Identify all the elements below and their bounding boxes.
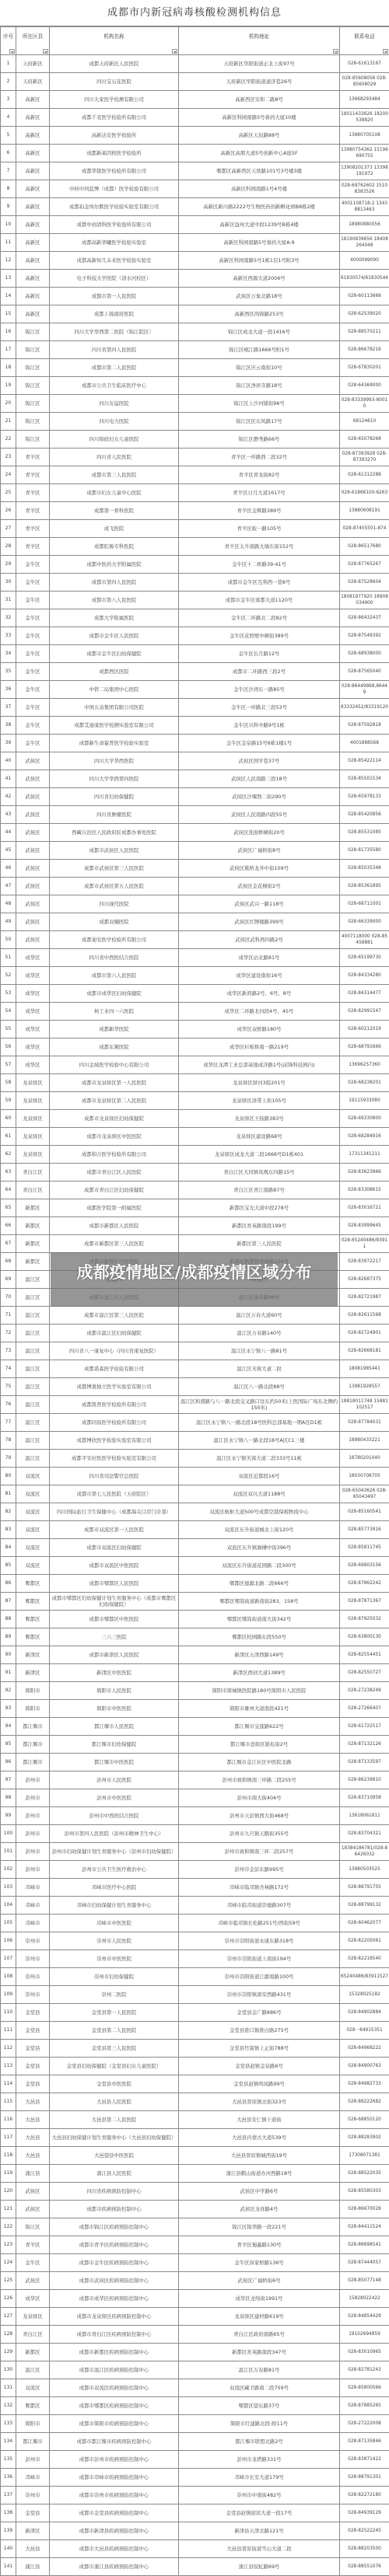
table-row: 97 彭州市 彭州市人民医院 彭州市致和镇南三环路二段255号 028-8623…	[1, 1771, 389, 1789]
table-row: 1 天府新区 成都天府新区人民医院 天府新区华阳街道正北上街97号 028-61…	[1, 55, 389, 73]
cell-address: 新津区五津西路149号	[179, 1646, 340, 1664]
cell-name: 成都市第七人民医院（天府院区）	[50, 1485, 179, 1503]
overlay-banner: 成都疫情地区/成都疫情区域分布	[51, 1252, 338, 1307]
cell-name: 成都中创清科医学检验所有限公司	[50, 216, 179, 234]
cell-phone: 028-85077148	[340, 2272, 389, 2290]
cell-name: 成都市新都区人民医院	[50, 1217, 179, 1235]
cell-address: 成华区杉板桥南一路219号	[179, 1038, 340, 1056]
cell-phone: 028-87393928 028-87393270	[340, 449, 389, 466]
cell-address: 锦江区上沙河铺街96号	[179, 395, 340, 413]
cell-district: 温江区	[16, 1396, 50, 1414]
table-row: 45 武侯区 成都市武侯区人民医院 武侯区广福桥街8号 028-81735580	[1, 842, 389, 860]
cell-no: 137	[1, 2487, 16, 2504]
cell-address: 武侯区万象北路18号	[179, 288, 340, 305]
cell-address: 武侯区武兴一路118号	[179, 895, 340, 913]
cell-address: 温江区永宁镇八一路北段18号医科总部基地一期A区D1栋	[179, 1414, 340, 1432]
cell-name: 高新达安医学检验所	[50, 127, 179, 145]
header-address-label: 机构地址	[249, 33, 269, 40]
cell-name: 成都平安好医医学检验实验室有限公司	[50, 1450, 179, 1468]
cell-no: 57	[1, 1056, 16, 1074]
cell-address: 锦江区成龙大道一段1416号	[179, 323, 340, 341]
cell-address: 崇州市崇阳街道江源南路100号	[179, 1968, 340, 1986]
table-row: 80 双流区 四川省司法警官总医院 双流区近都段16号 18030708705	[1, 1468, 389, 1485]
cell-district: 邛崃市	[16, 1879, 50, 1897]
cell-address: 崇州市崇阳街道永康东路318号	[179, 1932, 340, 1950]
cell-no: 23	[1, 449, 16, 466]
table-row: 124 金牛区 成都市金牛区疾病预防控制中心 金牛区侯家桥路136号 028-8…	[1, 2254, 389, 2272]
cell-phone: 028-82721987	[340, 1289, 389, 1307]
cell-phone: 13980503525	[340, 1861, 389, 1879]
cell-phone: 028-87765267	[340, 556, 389, 574]
cell-phone: 028-87528604	[340, 574, 389, 592]
cell-name: 四川省人民医院	[50, 449, 179, 466]
table-row: 64 青白江区 成都市青白江区妇幼保健院 青白江区青江南路87号 028-833…	[1, 1182, 389, 1199]
cell-no: 94	[1, 1718, 16, 1736]
cell-name: 成都市金堂县疾病预防控制中心	[50, 2504, 179, 2522]
cell-name: 成都市金牛区疾病预防控制中心	[50, 2254, 179, 2272]
cell-address: 武侯区广福桥街8号	[179, 842, 340, 860]
cell-district: 锦江区	[16, 431, 50, 449]
cell-name: 四川大学华西第四医院	[50, 770, 179, 788]
cell-address: 成都市金牛区互利西一巷8号	[179, 574, 340, 592]
cell-no: 41	[1, 770, 16, 788]
cell-district: 龙泉驿区	[16, 1146, 50, 1164]
cell-name: 成都市蒲江县疾病预防控制中心	[50, 2558, 179, 2576]
table-row: 6 高新区 成都新基因格医学检验所 高新区高朋大道5号创新中心A座5F 1398…	[1, 145, 389, 162]
cell-phone: 028-85035348	[340, 860, 389, 878]
cell-name: 彭州市第四人民医院（彭州市精神卫生中心）	[50, 1825, 179, 1843]
table-row: 134 都江堰市 成都市都江堰市疾病预防控制中心 都江堰市联盟北路2号 028-…	[1, 2433, 389, 2451]
cell-phone: 028-88551076	[340, 2558, 389, 2576]
cell-phone: 028-82668181	[340, 1342, 389, 1360]
cell-district: 彭州市	[16, 1807, 50, 1825]
cell-name: 成都市金牛区人民医院	[50, 627, 179, 645]
cell-address: 温江区万春大道60号	[179, 1307, 340, 1325]
cell-phone: 028-85580303	[340, 2183, 389, 2201]
cell-name: 邛崃市中医医院	[50, 1915, 179, 1932]
cell-phone: 028-84314477	[340, 985, 389, 1003]
cell-name: 成都市双流区第一人民医院	[50, 1521, 179, 1539]
cell-district: 彭州市	[16, 2451, 50, 2469]
cell-name: 成都医学院第一附属医院	[50, 1199, 179, 1217]
cell-address: 青白江区青江南路87号	[179, 1182, 340, 1199]
cell-district: 锦江区	[16, 359, 50, 377]
cell-phone: 028-60113668	[340, 288, 389, 305]
table-row: 99 彭州市 彭州市中西医结合医院 彭州市天彭镇西大街468号 13618061…	[1, 1807, 389, 1825]
table-row: 88 郫都区 成都市郫都区中医医院 郫都区郫筒街道南大街342号 028-879…	[1, 1611, 389, 1628]
cell-address: 青羊区太升南路大墙东街152号	[179, 538, 340, 556]
cell-no: 24	[1, 466, 16, 484]
cell-no: 5	[1, 127, 16, 145]
cell-phone: 18030708705	[340, 1468, 389, 1485]
cell-phone: 13668293484	[340, 91, 389, 109]
cell-name: 成都肛肠专科医院	[50, 538, 179, 556]
cell-name: 成都珀金埃尔默医学检验实验室有限公司	[50, 198, 179, 216]
cell-address: 郫都区德源北路二段666号	[179, 1575, 340, 1593]
cell-district: 龙泉驿区	[16, 2308, 50, 2326]
table-row: 101 彭州市 彭州市妇幼保健计划生育服务中心（彭州市妇幼保健院） 彭州市致和镇…	[1, 1843, 389, 1861]
cell-district: 高新区	[16, 252, 50, 270]
cell-address: 武侯区武科西四路2号	[179, 931, 340, 949]
cell-address: 金牛区金泉路15号6栋1楼1号	[179, 735, 340, 752]
table-row: 117 大邑县 大邑县妇幼保健计划生育服务中心（大邑县妇幼保健院） 大邑县内蒙古…	[1, 2129, 389, 2147]
cell-no: 135	[1, 2451, 16, 2469]
cell-district: 邛崃市	[16, 1915, 50, 1932]
cell-address: 温江区芙蓉大道二段	[179, 1360, 340, 1378]
table-row: 28 青羊区 成都肛肠专科医院 青羊区太升南路大墙东街152号 028-8651…	[1, 538, 389, 556]
cell-district: 崇州市	[16, 1950, 50, 1968]
cell-no: 60	[1, 1110, 16, 1128]
cell-no: 3	[1, 91, 16, 109]
cell-name: 成都市大邑县疾病预防控制中心	[50, 2540, 179, 2558]
cell-phone: 028-88791755	[340, 1879, 389, 1897]
cell-district: 大邑县	[16, 2129, 50, 2147]
cell-address: 郫都区郫筒街道新南街283、158号	[179, 1593, 340, 1611]
cell-district: 锦江区	[16, 395, 50, 413]
cell-address: 双流区航枢大道500号成都空港保税物流中心	[179, 1503, 340, 1521]
table-row: 91 新津区 新津区中医医院 新津区西创大道1389号 028-82550727	[1, 1664, 389, 1682]
cell-no: 25	[1, 484, 16, 502]
cell-address: 简阳市雄州大道南段421号	[179, 1700, 340, 1718]
table-row: 109 崇州市 崇州二医院 崇州市崇阳镇唐安西路431号 15328025182	[1, 1986, 389, 2004]
cell-district: 武侯区	[16, 2272, 50, 2290]
cell-district: 崇州市	[16, 1968, 50, 1986]
cell-no: 77	[1, 1414, 16, 1432]
cell-name: 中国五冶集团有限公司医院	[50, 699, 179, 717]
cell-phone: 15328025182	[340, 1986, 389, 2004]
cell-name: 彭州市妇幼保健计划生育服务中心（彭州市妇幼保健院）	[50, 1843, 179, 1861]
cell-address: 郫都区望东路37号	[179, 2397, 340, 2415]
cell-name: 四川省肿瘤医院	[50, 806, 179, 824]
cell-no: 128	[1, 2326, 16, 2344]
cell-phone: 028-65199730	[340, 949, 389, 967]
cell-address: 金堂县金广路886号	[179, 2004, 340, 2022]
cell-district: 青羊区	[16, 466, 50, 484]
cell-name: 金堂县妇幼保健院（金堂县妇女儿童医院）	[50, 2058, 179, 2075]
cell-district: 武侯区	[16, 931, 50, 949]
cell-district: 彭州市	[16, 1861, 50, 1879]
cell-name: 成都市成华区妇幼保健院	[50, 985, 179, 1003]
cell-no: 20	[1, 395, 16, 413]
table-row: 128 青白江区 成都市青白江区疾病预防控制中心 青白江区政府南路65号 191…	[1, 2326, 389, 2344]
cell-district: 武侯区	[16, 913, 50, 931]
cell-district: 武侯区	[16, 2201, 50, 2218]
table-row: 53 成华区 成都市成华区妇幼保健院 成华区新鸿路2号、6号、8号 028-84…	[1, 985, 389, 1003]
cell-district: 温江区	[16, 1289, 50, 1307]
cell-district: 温江区	[16, 1414, 50, 1432]
table-row: 119 蒲江县 蒲江县人民医院 蒲江县鹤山街道办河西路18号 028-88522…	[1, 2165, 389, 2183]
table-row: 71 温江区 成都市温江区第三人民医院 温江区万春大道60号 028-82611…	[1, 1307, 389, 1325]
table-row: 62 龙泉驿区 成都和合医学检验所有限公司 龙泉驿区成龙大道二段1666号D1栋…	[1, 1146, 389, 1164]
cell-district: 新都区	[16, 2344, 50, 2361]
cell-district: 锦江区	[16, 323, 50, 341]
cell-no: 116	[1, 2111, 16, 2129]
cell-name: 成都和合医学检验所有限公司	[50, 1146, 179, 1164]
cell-address: 武侯区中学路6号	[179, 2183, 340, 2201]
cell-phone: 028-86239810	[340, 1771, 389, 1789]
cell-phone: 028-82611568	[340, 1307, 389, 1325]
cell-no: 90	[1, 1646, 16, 1664]
cell-district: 金牛区	[16, 681, 50, 699]
cell-phone: 13980754362 15196690755	[340, 145, 389, 162]
cell-name: 成都市崇州市疾病预防控制中心	[50, 2487, 179, 2504]
cell-district: 新都区	[16, 1235, 50, 1253]
cell-district: 武侯区	[16, 788, 50, 806]
cell-phone: 4001888568	[340, 735, 389, 752]
cell-name: 成都华银医学检验所有限公司	[50, 162, 179, 180]
cell-name: 成都市都江堰市疾病预防控制中心	[50, 2433, 179, 2451]
cell-no: 95	[1, 1736, 16, 1754]
cell-address: 高新西区尚锦路253号	[179, 305, 340, 323]
cell-name: 邛崃市医疗中心医院	[50, 1879, 179, 1897]
cell-district: 邛崃市	[16, 2469, 50, 2487]
cell-no: 50	[1, 931, 16, 949]
cell-district: 彭州市	[16, 1843, 50, 1861]
cell-name: 成都市第四人民医院	[50, 574, 179, 592]
table-row: 34 金牛区 成都市金牛区妇幼保健院 金牛区长月路12号 028-6893800…	[1, 645, 389, 663]
table-row: 37 金牛区 中国五冶集团有限公司医院 金牛区一环路北三段53号 8333245…	[1, 699, 389, 717]
cell-district: 双流区	[16, 1557, 50, 1575]
cell-phone: 18980433221	[340, 1432, 389, 1450]
cell-district: 郫都区	[16, 1611, 50, 1628]
cell-address: 高新区科园南路5号1栋1层1号附3号	[179, 252, 340, 270]
cell-no: 10	[1, 216, 16, 234]
table-row: 65 新都区 成都医学院第一附属医院 新都区宝光大道中段278号 028-830…	[1, 1199, 389, 1217]
cell-district: 青白江区	[16, 1164, 50, 1182]
cell-address: 龙泉驿区驿河3组201号	[179, 1074, 340, 1092]
table-row: 24 青羊区 成都市第三人民医院 青羊区青龙街82号 028-61312288	[1, 466, 389, 484]
cell-phone: 18384186781/028-86426032	[340, 1843, 389, 1861]
cell-phone: 028-86517680	[340, 538, 389, 556]
cell-no: 46	[1, 860, 16, 878]
cell-no: 9	[1, 198, 16, 216]
cell-phone: 028-87871367	[340, 1593, 389, 1611]
cell-district: 成华区	[16, 967, 50, 985]
cell-phone: 028-82724901	[340, 1325, 389, 1342]
table-row: 74 温江区 成都诺森医学检验有限公司 温江区芙蓉大道二段 1808198544…	[1, 1360, 389, 1378]
cell-name: 电子科技大学医院（清水河校区）	[50, 270, 179, 288]
cell-name: 成都迪安医学检验所有限公司	[50, 931, 179, 949]
cell-district: 双流区	[16, 1539, 50, 1557]
cell-district: 高新区	[16, 288, 50, 305]
cell-name: 成都东篱医院	[50, 1038, 179, 1056]
filter-dropdown-icon[interactable]	[333, 49, 338, 54]
cell-address: 金堂县赵镇鸣凤路99号	[179, 2075, 340, 2093]
filter-dropdown-icon[interactable]	[383, 49, 388, 54]
cell-no: 82	[1, 1503, 16, 1521]
cell-no: 131	[1, 2379, 16, 2397]
cell-address: 龙泉驿区建材路619号	[179, 2308, 340, 2326]
cell-address: 简阳市简城镇医院路180号简阳市人民医院	[179, 1682, 340, 1700]
cell-address: 锦江区庆云南街10号	[179, 359, 340, 377]
cell-phone: 028-85420856	[340, 806, 389, 824]
cell-address: 青羊区青龙街82号	[179, 466, 340, 484]
cell-address: 新都区宝光大道中段278号	[179, 1199, 340, 1217]
cell-no: 30	[1, 574, 16, 592]
filter-dropdown-icon[interactable]	[172, 49, 177, 54]
cell-phone: 028-69330800	[340, 1110, 389, 1128]
cell-address: 龙泉驿区王扬路383号	[179, 1110, 340, 1128]
table-row: 103 邛崃市 邛崃市医疗中心医院 邛崃市临邛镇杏林路172号 028-8879…	[1, 1879, 389, 1897]
table-row: 120 武侯区 四川省疾病预防控制中心 武侯区中学路6号 028-8558030…	[1, 2183, 389, 2201]
filter-dropdown-icon[interactable]	[9, 49, 15, 54]
cell-name: 成都市金牛区妇幼保健院	[50, 645, 179, 663]
cell-name: 四川省八一康复中心（四川省康复医院）	[50, 1342, 179, 1360]
cell-address: 彭州市致和镇南三环二段257号	[179, 1843, 340, 1861]
cell-district: 新津区	[16, 2522, 50, 2540]
cell-district: 蒲江县	[16, 2165, 50, 2183]
cell-no: 7	[1, 162, 16, 180]
cell-district: 金堂县	[16, 2022, 50, 2040]
table-row: 48 武侯区 四川现代医院 武侯区武兴一路118号 028-68711001	[1, 895, 389, 913]
cell-no: 67	[1, 1235, 16, 1253]
table-row: 59 龙泉驿区 成都市龙泉驿区第二人民医院 龙泉驿区洛带上街105号 19115…	[1, 1092, 389, 1110]
table-row: 135 彭州市 成都市彭州市疾病预防控制中心 彭州市龙塔路331号 028-83…	[1, 2451, 389, 2469]
cell-no: 36	[1, 681, 16, 699]
cell-district: 都江堰市	[16, 1718, 50, 1736]
cell-no: 96	[1, 1754, 16, 1771]
cell-no: 32	[1, 609, 16, 627]
cell-district: 成华区	[16, 1038, 50, 1056]
cell-district: 简阳市	[16, 1682, 50, 1700]
cell-address: 邛崃市长安大道179号	[179, 2469, 340, 2487]
cell-no: 100	[1, 1825, 16, 1843]
table-row: 98 彭州市 彭州市中医医院 彭州市南大街404号 028-83710958	[1, 1789, 389, 1807]
cell-district: 崇州市	[16, 1932, 50, 1950]
cell-no: 108	[1, 1968, 16, 1986]
cell-no: 37	[1, 699, 16, 717]
cell-address: 武侯区国学巷37号	[179, 752, 340, 770]
cell-no: 89	[1, 1628, 16, 1646]
cell-phone: 18081985441	[340, 1360, 389, 1378]
cell-name: 崇州市中医医院	[50, 1950, 179, 1968]
table-row: 93 简阳市 简阳市中医医院 简阳市雄州大道南段421号 028-2726640…	[1, 1700, 389, 1718]
cell-phone: 028-27238249	[340, 1682, 389, 1700]
cell-district: 新都区	[16, 1199, 50, 1217]
cell-district: 天府新区	[16, 55, 50, 73]
cell-no: 27	[1, 520, 16, 538]
cell-address: 彭州市南大街404号	[179, 1789, 340, 1807]
cell-district: 郫都区	[16, 1575, 50, 1593]
cell-no: 109	[1, 1986, 16, 2004]
cell-address: 都江堰市宝莲路622号	[179, 1718, 340, 1736]
filter-dropdown-icon[interactable]	[43, 49, 48, 54]
cell-phone: 028-69762602 15108383526	[340, 180, 389, 198]
cell-district: 金堂县	[16, 2504, 50, 2522]
table-row: 127 龙泉驿区 成都市龙泉驿区疾病预防控制中心 龙泉驿区建材路619号 028…	[1, 2308, 389, 2326]
cell-name: 成都市龙泉驿区妇幼保健院	[50, 1110, 179, 1128]
cell-address: 新都区育英路南段347号	[179, 2344, 340, 2361]
cell-address: 双流区东升街道花园路二段300号	[179, 1557, 340, 1575]
cell-phone: 18190839656 18408264048	[340, 234, 389, 252]
cell-district: 武侯区	[16, 752, 50, 770]
cell-address: 双流区近都段16号	[179, 1468, 340, 1485]
table-row: 130 温江区 成都市温江区疾病预防控制中心 温江区万春路81号 028-827…	[1, 2361, 389, 2379]
cell-district: 双流区	[16, 1468, 50, 1485]
cell-phone: 028-82991547	[340, 1003, 389, 1021]
cell-phone: 4000099090	[340, 252, 389, 270]
cell-no: 1	[1, 55, 16, 73]
cell-district: 彭州市	[16, 1771, 50, 1789]
cell-no: 74	[1, 1360, 16, 1378]
cell-phone: 028-82550727	[340, 1664, 389, 1682]
cell-district: 彭州市	[16, 1789, 50, 1807]
cell-phone: 028-88522035	[340, 2165, 389, 2183]
cell-no: 22	[1, 431, 16, 449]
cell-phone: 028-88570211	[340, 323, 389, 341]
cell-phone: 028-65240486/83911	[340, 1235, 389, 1253]
cell-name: 成都上锦南府医院	[50, 305, 179, 323]
table-row: 27 青羊区 成飞医院 青羊区蛟一路105号 028-87455501-874	[1, 520, 389, 538]
cell-district: 温江区	[16, 1378, 50, 1396]
cell-no: 61	[1, 1128, 16, 1146]
cell-address: 金牛区二环路北二段82号	[179, 609, 340, 627]
cell-district: 蒲江县	[16, 2558, 50, 2576]
cell-district: 高新区	[16, 216, 50, 234]
table-body: 1 天府新区 成都天府新区人民医院 天府新区华阳街道正北上街97号 028-61…	[1, 55, 389, 2576]
cell-phone: 028-83339993-80010	[340, 395, 389, 413]
cell-name: 都江堰市妇幼保健院	[50, 1736, 179, 1754]
cell-address: 彭州市天彭镇西大街468号	[179, 1807, 340, 1825]
cell-no: 72	[1, 1325, 16, 1342]
cell-phone: 028-61722517	[340, 1718, 389, 1736]
table-row: 18 锦江区 成都市第二人民医院 锦江区庆云南街10号 028-67830201	[1, 359, 389, 377]
cell-name: 四川大学华西第二医院（锦江院区）	[50, 323, 179, 341]
cell-phone: 028-84902884	[340, 2004, 389, 2022]
cell-district: 温江区	[16, 1307, 50, 1325]
cell-district: 成华区	[16, 1056, 50, 1074]
table-row: 60 龙泉驿区 成都市龙泉驿区妇幼保健院 龙泉驿区王扬路383号 028-693…	[1, 1110, 389, 1128]
cell-phone: 028-27222008	[340, 2415, 389, 2433]
cell-name: 成都市简阳市疾病预防控制中心	[50, 2415, 179, 2433]
cell-phone: 028-85501534	[340, 770, 389, 788]
cell-phone: 028-61866100-6263	[340, 484, 389, 502]
cell-no: 103	[1, 1879, 16, 1897]
cell-phone: 028-68791666	[340, 1038, 389, 1056]
cell-no: 104	[1, 1897, 16, 1915]
cell-no: 129	[1, 2344, 16, 2361]
cell-address: 都江堰市联盟北路2号	[179, 2433, 340, 2451]
table-row: 46 武侯区 成都市武侯区第三人民医院 武侯区簇桥龙井中街109号 028-85…	[1, 860, 389, 878]
cell-district: 大邑县	[16, 2147, 50, 2165]
cell-no: 47	[1, 878, 16, 895]
cell-district: 高新区	[16, 180, 50, 198]
cell-phone: 028-65078268	[340, 431, 389, 449]
cell-district: 青羊区	[16, 520, 50, 538]
table-row: 107 崇州市 崇州市中医医院 崇州市崇阳街道上南街194号 028-82218…	[1, 1950, 389, 1968]
cell-address: 温江区永宁镇八一路北段18号A区C1三楼	[179, 1432, 340, 1450]
cell-district: 锦江区	[16, 341, 50, 359]
cell-no: 70	[1, 1289, 16, 1307]
cell-district: 青羊区	[16, 502, 50, 520]
cell-phone: 028-82522245	[340, 2522, 389, 2540]
cell-district: 金堂县	[16, 2040, 50, 2058]
cell-address: 锦江区静秀路66号	[179, 431, 340, 449]
cell-district: 温江区	[16, 1450, 50, 1468]
cell-name: 大邑县第二人民医院	[50, 2111, 179, 2129]
cell-no: 6	[1, 145, 16, 162]
cell-no: 97	[1, 1771, 16, 1789]
cell-phone: 028-88203500	[340, 2540, 389, 2558]
cell-no: 83	[1, 1521, 16, 1539]
table-row: 13 高新区 电子科技大学医院（清水河校区） 高新区西源大道2006号 6183…	[1, 270, 389, 288]
cell-address: 金堂县赵镇金泉路6号	[179, 2058, 340, 2075]
cell-name: 大邑望县中医医院	[50, 2147, 179, 2165]
cell-phone: 028-83972217	[340, 1253, 389, 1271]
cell-phone: 028-84854429	[340, 2308, 389, 2326]
cell-address: 都江堰市金江社区中医院北路	[179, 1754, 340, 1771]
cell-phone: 028-64369000	[340, 377, 389, 395]
